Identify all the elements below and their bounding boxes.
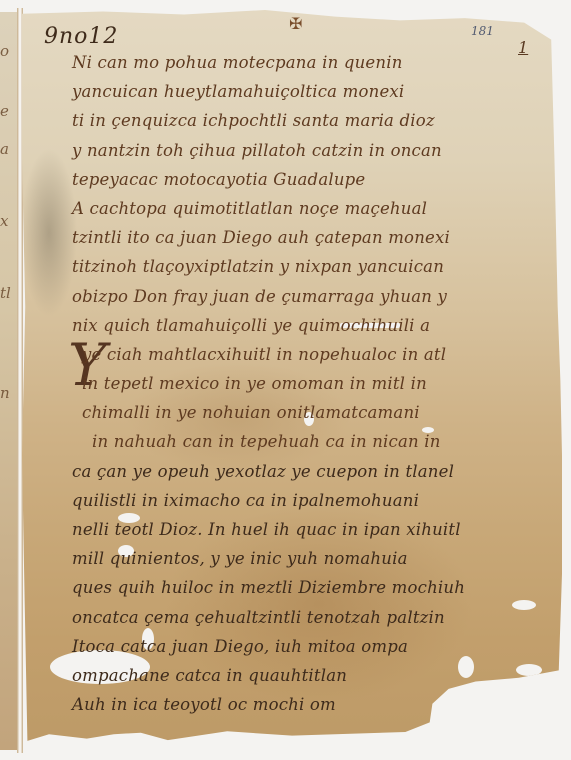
text-line: y nantzin toh çihua pillatoh catzin in o… bbox=[72, 136, 562, 165]
margin-fragment: e bbox=[0, 102, 9, 120]
margin-fragment: x bbox=[0, 212, 8, 230]
text-line: ti in çenquizca ichpochtli santa maria d… bbox=[72, 106, 562, 135]
text-line: Auh in ica teoyotl oc mochi om bbox=[72, 690, 562, 719]
margin-fragment: n bbox=[0, 384, 10, 402]
text-line: mill quinientos, y ye inic yuh nomahuia bbox=[72, 544, 562, 573]
manuscript-text: Ni can mo pohua motecpana in quenin yanc… bbox=[72, 48, 562, 719]
text-line: quilistli in iximacho ca in ipalnemohuan… bbox=[72, 486, 562, 515]
text-line: nix quich tlamahuiçolli ye quimochihuili… bbox=[72, 311, 562, 340]
text-line: obizpo Don fray juan de çumarraga yhuan … bbox=[72, 282, 562, 311]
text-line: oncatca çema çehualtzintli tenotzah palt… bbox=[72, 603, 562, 632]
text-line: tzintli ito ca juan Diego auh çatepan mo… bbox=[72, 223, 562, 252]
adjacent-page-fragment: o e a x tl n bbox=[0, 12, 17, 750]
text-line: nelli teotl Dioz. In huel ih quac in ipa… bbox=[72, 515, 562, 544]
cross-symbol: ✠ bbox=[289, 14, 302, 33]
text-line: ye ciah mahtlacxihuitl in nopehualoc in … bbox=[72, 340, 562, 369]
text-line: Itoca catca juan Diego, iuh mitoa ompa bbox=[72, 632, 562, 661]
text-line: tepeyacac motocayotia Guadalupe bbox=[72, 165, 562, 194]
text-line: ques quih huiloc in meztli Diziembre moc… bbox=[72, 573, 562, 602]
text-line: chimalli in ye nohuian onitlamatcamani bbox=[72, 398, 562, 427]
manuscript-scan: o e a x tl n 9no12 ✠ 181 1 Y Ni can mo p… bbox=[0, 0, 571, 760]
text-line: ca çan ye opeuh yexotlaz ye cuepon in tl… bbox=[72, 457, 562, 486]
text-line: Ni can mo pohua motecpana in quenin bbox=[72, 48, 562, 77]
margin-fragment: o bbox=[0, 42, 9, 60]
folio-number: 181 bbox=[471, 24, 494, 38]
text-line: in nahuah can in tepehuah ca in nican in bbox=[72, 427, 562, 456]
catalog-number: 9no12 bbox=[44, 24, 118, 49]
text-line: in tepetl mexico in ye omoman in mitl in bbox=[72, 369, 562, 398]
text-line: yancuican hueytlamahuiçoltica monexi bbox=[72, 77, 562, 106]
text-line: ompachane catca in quauhtitlan bbox=[72, 661, 562, 690]
text-line: A cachtopa quimotitlatlan noçe maçehual bbox=[72, 194, 562, 223]
margin-fragment: a bbox=[0, 140, 9, 158]
margin-fragment: tl bbox=[0, 284, 11, 302]
text-line: titzinoh tlaçoyxiptlatzin y nixpan yancu… bbox=[72, 252, 562, 281]
